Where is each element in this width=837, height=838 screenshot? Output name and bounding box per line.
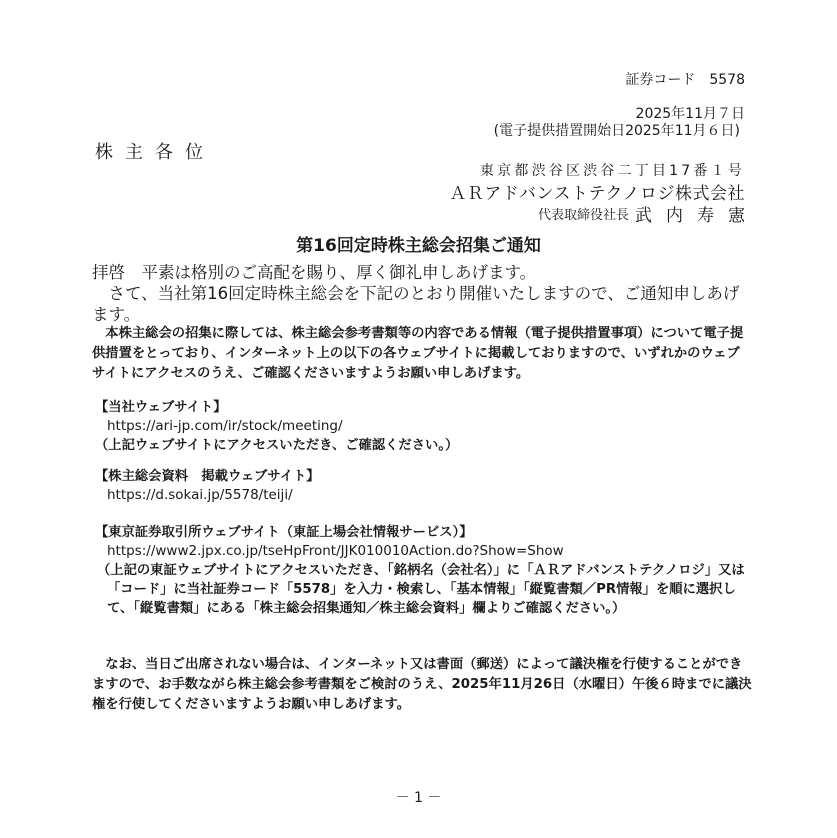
electronic-provision-date: (電子提供措置開始日2025年11月６日) bbox=[494, 120, 740, 140]
closing-paragraph: なお、当日ご出席されない場合は、インターネット又は書面（郵送）によって議決権を行… bbox=[92, 655, 752, 715]
electronic-provision-notice: 本株主総会の招集に際しては、株主総会参考書類等の内容である情報（電子提供措置事項… bbox=[92, 324, 752, 384]
website-company: 【当社ウェブサイト】 https://ari-jp.com/ir/stock/m… bbox=[95, 398, 755, 455]
website-header: 【当社ウェブサイト】 bbox=[95, 398, 755, 417]
representative: 代表取締役社長武内寿憲 bbox=[538, 201, 745, 226]
representative-title: 代表取締役社長 bbox=[538, 208, 629, 223]
greeting: 拝啓 平素は格別のご高配を賜り、厚く御礼申しあげます。 さて、当社第16回定時株… bbox=[92, 262, 752, 325]
company-address: 東京都渋谷区渋谷二丁目17番１号 bbox=[480, 160, 745, 180]
website-url[interactable]: https://ari-jp.com/ir/stock/meeting/ bbox=[95, 417, 755, 436]
securities-code: 証券コード 5578 bbox=[625, 69, 745, 89]
closing-text: なお、当日ご出席されない場合は、インターネット又は書面（郵送）によって議決権を行… bbox=[92, 655, 752, 715]
greeting-line-1: 拝啓 平素は格別のご高配を賜り、厚く御礼申しあげます。 bbox=[92, 262, 752, 283]
addressee: 株主各位 bbox=[95, 138, 215, 164]
representative-name: 武内寿憲 bbox=[635, 206, 759, 226]
greeting-line-2: さて、当社第16回定時株主総会を下記のとおり開催いたしますので、ご通知申しあげま… bbox=[92, 283, 752, 325]
page-number: － 1 － bbox=[0, 787, 837, 807]
document-title: 第16回定時株主総会招集ご通知 bbox=[0, 231, 837, 256]
website-header: 【東京証券取引所ウェブサイト（東証上場会社情報サービス）】 bbox=[95, 523, 755, 542]
website-note: （上記の東証ウェブサイトにアクセスいただき、「銘柄名（会社名）」に「ＡＲアドバン… bbox=[95, 561, 755, 618]
website-url[interactable]: https://d.sokai.jp/5578/teiji/ bbox=[95, 486, 755, 505]
website-note: （上記ウェブサイトにアクセスいただき、ご確認ください。） bbox=[95, 436, 755, 455]
website-header: 【株主総会資料 掲載ウェブサイト】 bbox=[95, 467, 755, 486]
notice-text: 本株主総会の招集に際しては、株主総会参考書類等の内容である情報（電子提供措置事項… bbox=[92, 324, 752, 384]
website-url[interactable]: https://www2.jpx.co.jp/tseHpFront/JJK010… bbox=[95, 542, 755, 561]
website-sokai: 【株主総会資料 掲載ウェブサイト】 https://d.sokai.jp/557… bbox=[95, 467, 755, 505]
website-tse: 【東京証券取引所ウェブサイト（東証上場会社情報サービス）】 https://ww… bbox=[95, 523, 755, 618]
